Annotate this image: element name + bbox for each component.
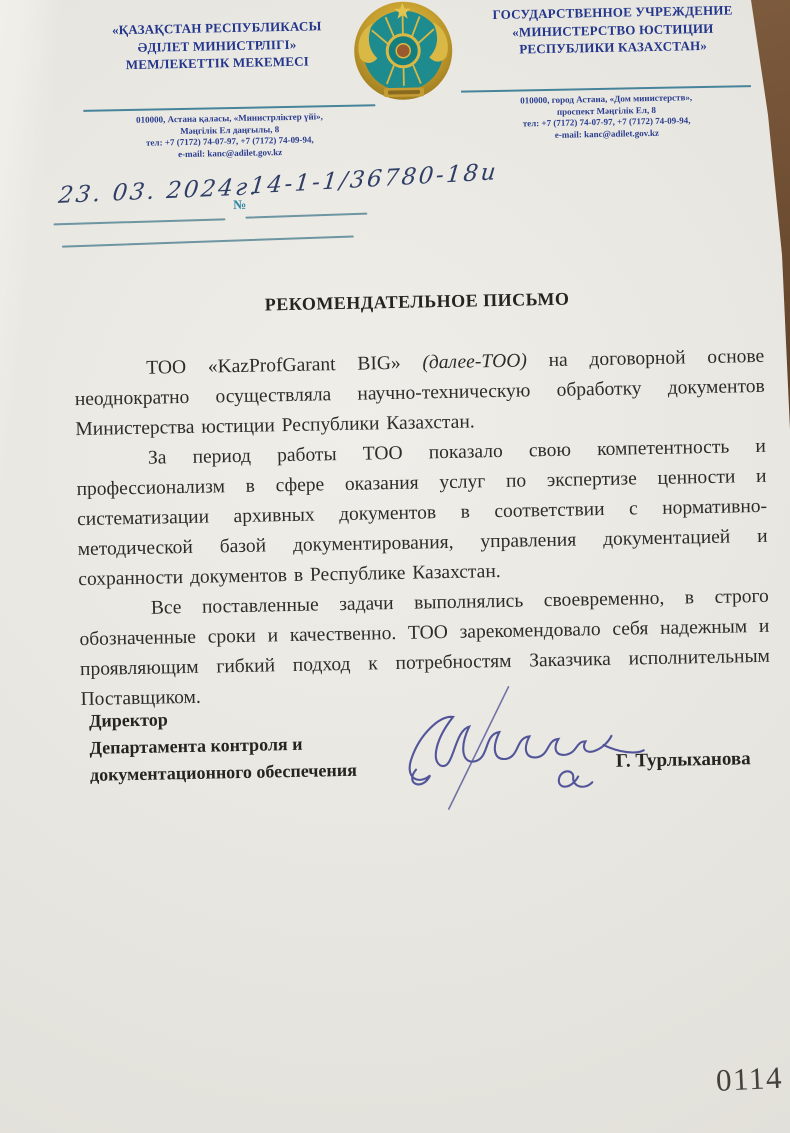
number-underline [245, 213, 367, 219]
page-number: 0114 [715, 1060, 783, 1099]
document-paper: «ҚАЗАҚСТАН РЕСПУБЛИКАСЫ ӘДІЛЕТ МИНИСТРЛІ… [0, 0, 790, 1133]
photo-background: «ҚАЗАҚСТАН РЕСПУБЛИКАСЫ ӘДІЛЕТ МИНИСТРЛІ… [0, 0, 790, 1133]
contacts-russian: 010000, город Астана, «Дом министерств»,… [461, 85, 752, 143]
signer-position: Директор Департамента контроля и докумен… [89, 701, 430, 789]
letter-title: РЕКОМЕНДАТЕЛЬНОЕ ПИСЬМО [73, 285, 761, 319]
contacts-kazakh: 010000, Астана қаласы, «Министрліктер үй… [83, 104, 376, 162]
letter-body: ТОО «KazProfGarant BIG» (далее-ТОО) на д… [74, 342, 771, 715]
handwritten-date: 23. 03. 2024г. [57, 174, 261, 209]
signature-icon [390, 681, 648, 814]
org-name-kazakh: «ҚАЗАҚСТАН РЕСПУБЛИКАСЫ ӘДІЛЕТ МИНИСТРЛІ… [76, 17, 359, 75]
org-name-russian: ГОСУДАРСТВЕННОЕ УЧРЕЖДЕНИЕ «МИНИСТЕРСТВО… [463, 1, 762, 59]
paragraph-1-lead: ТОО «KazProfGarant BIG» [146, 352, 423, 378]
paragraph-1: ТОО «KazProfGarant BIG» (далее-ТОО) на д… [74, 342, 766, 445]
document-content: «ҚАЗАҚСТАН РЕСПУБЛИКАСЫ ӘДІЛЕТ МИНИСТРЛІ… [0, 0, 790, 1133]
date-underline [53, 218, 225, 225]
signer-position-line3: документационного обеспечения [90, 755, 430, 789]
handwritten-number: 14-1-1/36780-18и [249, 159, 500, 199]
kazakhstan-coat-of-arms-icon [349, 0, 457, 107]
paragraph-1-italic: (далее-ТОО) [422, 350, 549, 373]
paragraph-2: За период работы ТОО показало свою компе… [76, 432, 769, 595]
reference-second-line [62, 235, 354, 247]
number-sign-label: № [233, 197, 246, 213]
signer-name: Г. Турлыханова [616, 748, 751, 773]
